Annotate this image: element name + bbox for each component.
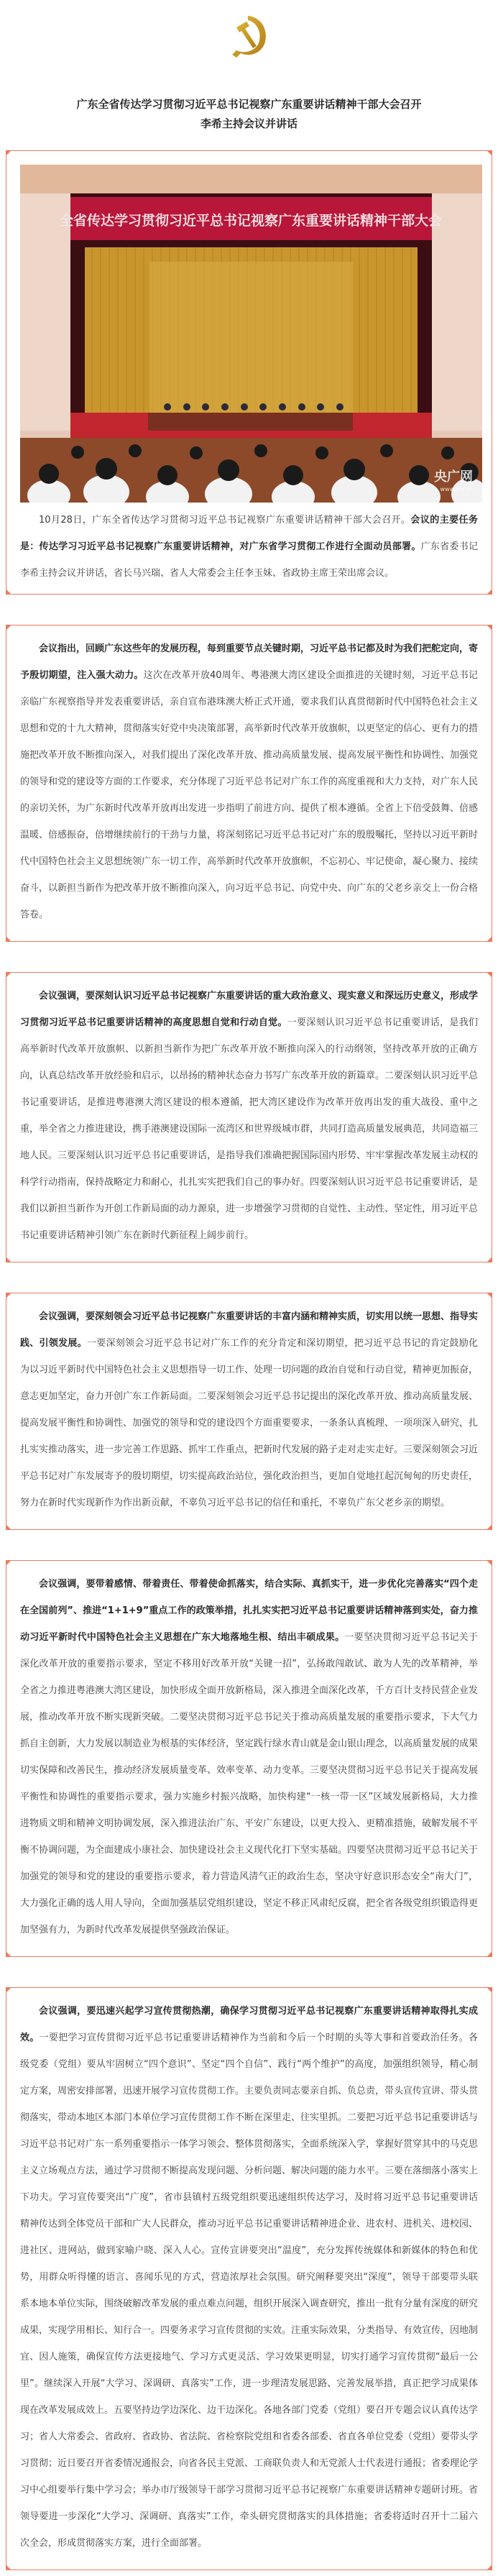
emblem-header	[0, 0, 498, 79]
party-emblem-icon	[226, 12, 272, 60]
intro-card: 全省传达学习贯彻习近平总书记视察广东重要讲话精神干部大会	[6, 150, 492, 595]
title-line-1: 广东全省传达学习贯彻习近平总书记视察广东重要讲话精神干部大会召开	[0, 95, 498, 114]
banner-text: 全省传达学习贯彻习近平总书记视察广东重要讲话精神干部大会	[60, 212, 442, 229]
section-card-review: 会议指出，回顾广东这些年的发展历程，每到重要节点关键时期，习近平总书记都及时为我…	[6, 625, 492, 942]
section-card-implementation: 会议强调，要带着感情、带着责任、带着使命抓落实，结合实际、真抓实干，进一步优化完…	[6, 1560, 492, 1957]
meeting-hall-image: 全省传达学习贯彻习近平总书记视察广东重要讲话精神干部大会	[20, 165, 482, 503]
title-line-2: 李希主持会议并讲话	[0, 114, 498, 134]
section-card-study-campaign: 会议强调，要迅速兴起学习宣传贯彻热潮，确保学习贯彻习近平总书记视察广东重要讲话精…	[6, 1987, 492, 2570]
intro-paragraph: 10月28日，广东全省传达学习贯彻习近平总书记视察广东重要讲话精神干部大会召开。…	[20, 507, 478, 587]
section-card-connotation: 会议强调，要深刻领会习近平总书记视察广东重要讲话的丰富内涵和精神实质，切实用以统…	[6, 1293, 492, 1530]
section-body: 这次在改革开放40周年、粤港澳大湾区建设全面推进的关键时刻，习近平总书记亲临广东…	[20, 670, 478, 920]
watermark-text: 央广网	[434, 469, 473, 485]
watermark-url: www.cnr.cn	[441, 486, 473, 492]
section-paragraph: 会议强调，要带着感情、带着责任、带着使命抓落实，结合实际、真抓实干，进一步优化完…	[20, 1571, 478, 1943]
section-paragraph: 会议指出，回顾广东这些年的发展历程，每到重要节点关键时期，习近平总书记都及时为我…	[20, 636, 478, 928]
section-paragraph: 会议强调，要深刻领会习近平总书记视察广东重要讲话的丰富内涵和精神实质，切实用以统…	[20, 1303, 478, 1516]
section-paragraph: 会议强调，要迅速兴起学习宣传贯彻热潮，确保学习贯彻习近平总书记视察广东重要讲话精…	[20, 1998, 478, 2557]
article: 广东全省传达学习贯彻习近平总书记视察广东重要讲话精神干部大会召开 李希主持会议并…	[0, 0, 498, 2576]
section-body: 一要把学习宣传贯彻习近平总书记重要讲话精神作为当前和今后一个时期的头等大事和首要…	[20, 2032, 478, 2549]
section-body: 一要坚决贯彻习近平总书记关于深化改革开放的重要指示要求，坚定不移用好改革开放“关…	[20, 1632, 478, 1935]
page-title: 广东全省传达学习贯彻习近平总书记视察广东重要讲话精神干部大会召开 李希主持会议并…	[0, 95, 498, 134]
section-body: 一要深刻领会习近平总书记对广东工作的充分肯定和深切期望，把习近平总书记的肯定鼓励…	[20, 1338, 478, 1508]
intro-lead: 10月28日，广东全省传达学习贯彻习近平总书记视察广东重要讲话精神干部大会召开。	[39, 515, 410, 526]
section-body: 一要深刻认识习近平总书记重要讲话，是我们高举新时代改革开放旗帜、以新担当新作为把…	[20, 1017, 478, 1241]
meeting-photo: 全省传达学习贯彻习近平总书记视察广东重要讲话精神干部大会	[20, 165, 482, 503]
section-card-significance: 会议强调，要深刻认识习近平总书记视察广东重要讲话的重大政治意义、现实意义和深远历…	[6, 972, 492, 1262]
section-paragraph: 会议强调，要深刻认识习近平总书记视察广东重要讲话的重大政治意义、现实意义和深远历…	[20, 983, 478, 1249]
